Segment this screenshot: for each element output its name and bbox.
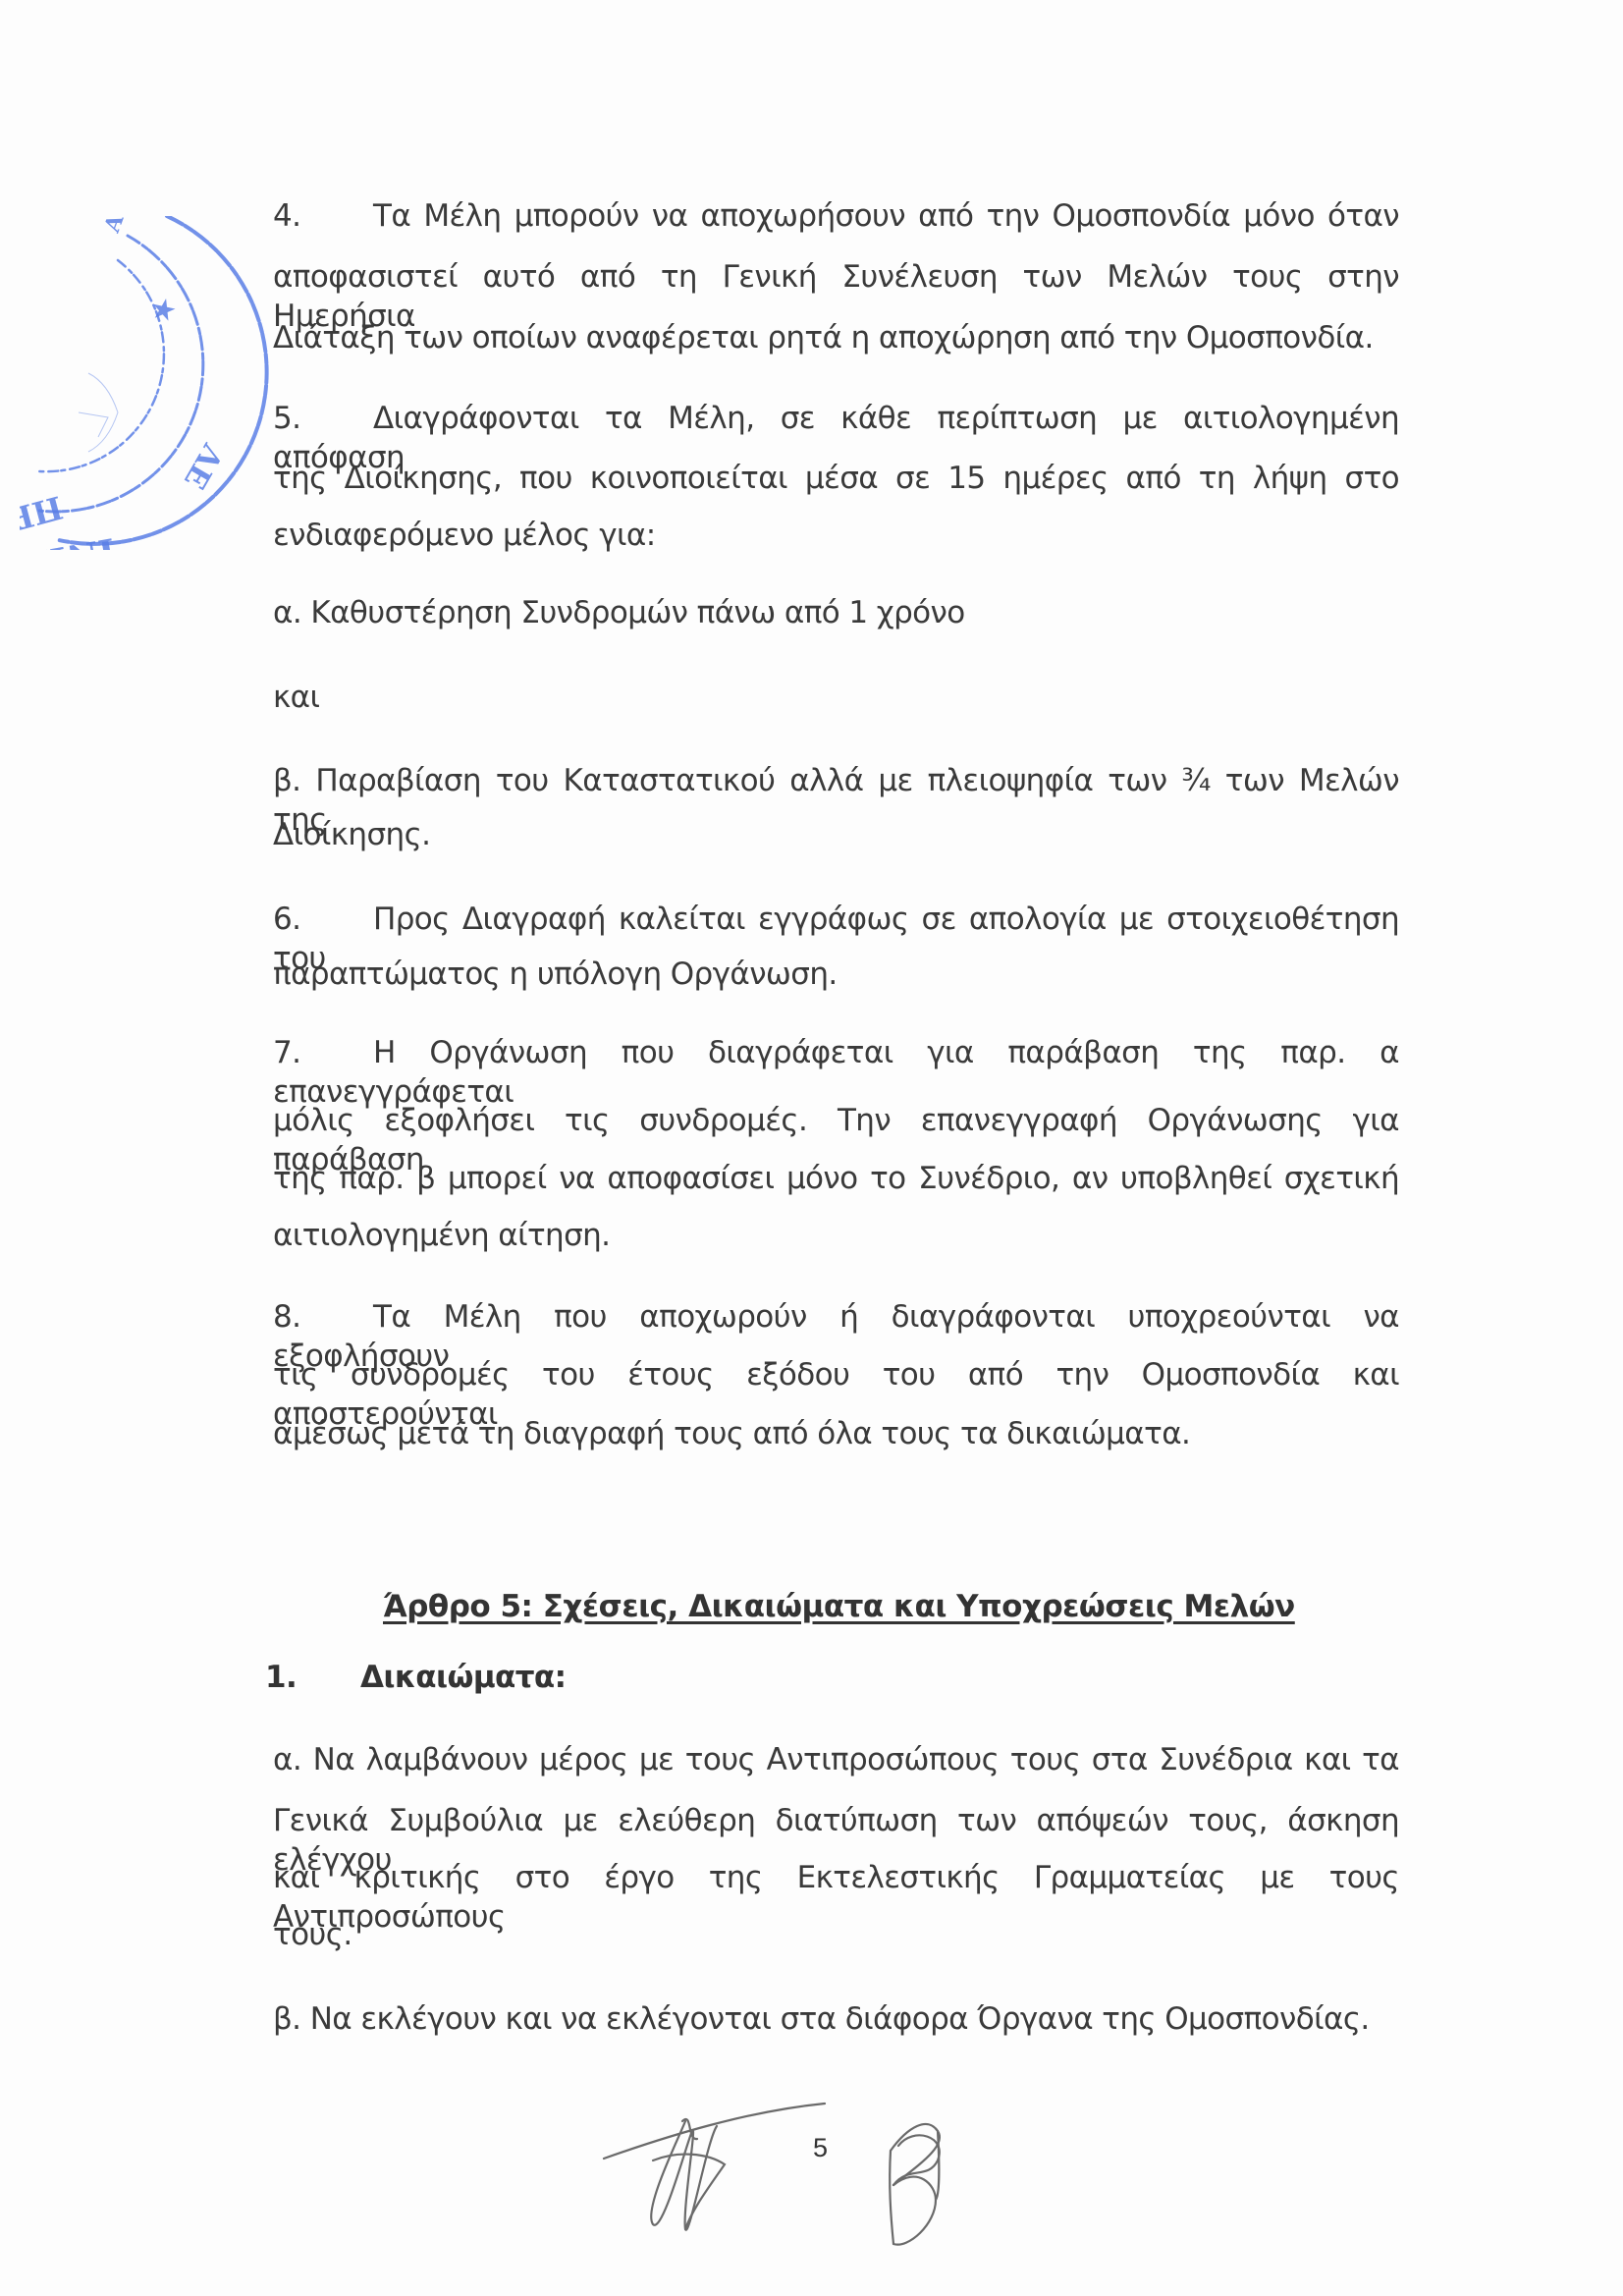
svg-text:Α: Α <box>99 216 130 237</box>
paragraph-number: 7. <box>273 1033 373 1072</box>
paragraph-5-line-3: ενδιαφερόμενο μέλος για: <box>273 516 1399 555</box>
section-1-title: 1.Δικαιώματα: <box>265 1658 1391 1697</box>
paragraph-5-item-a: α. Καθυστέρηση Συνδρομών πάνω από 1 χρόν… <box>273 593 1399 632</box>
signature-right-icon <box>879 2106 957 2254</box>
section-1-item-a-line-4: τους. <box>273 1915 1399 1954</box>
paragraph-7-line-4: αιτιολογημένη αίτηση. <box>273 1216 1399 1255</box>
paragraph-4-line-3: Διάταξη των οποίων αναφέρεται ρητά η απο… <box>273 318 1399 357</box>
text: Τα Μέλη μπορούν να αποχωρήσουν από την Ο… <box>373 198 1399 234</box>
document-page: ★ Α ΠΡΩΤΟ ΙΝΗΛ ΛΕ 4.Τα Μέλη μπορούν να α… <box>0 0 1623 2296</box>
paragraph-5-conjunction: και <box>273 678 1399 717</box>
paragraph-5-line-2: της Διοίκησης, που κοινοποιείται μέσα σε… <box>273 459 1399 498</box>
signature-left-icon <box>599 2082 835 2259</box>
text: Η Οργάνωση που διαγράφεται για παράβαση … <box>273 1035 1399 1110</box>
section-number: 1. <box>265 1658 360 1697</box>
article-5-heading: Άρθρο 5: Σχέσεις, Δικαιώματα και Υποχρεώ… <box>383 1587 1295 1626</box>
paragraph-number: 8. <box>273 1297 373 1337</box>
paragraph-8-line-3: αμέσως μετά τη διαγραφή τους από όλα του… <box>273 1414 1399 1453</box>
paragraph-4-line-1: 4.Τα Μέλη μπορούν να αποχωρήσουν από την… <box>273 196 1399 236</box>
paragraph-7-line-1: 7.Η Οργάνωση που διαγράφεται για παράβασ… <box>273 1033 1399 1112</box>
section-1-item-b: β. Να εκλέγουν και να εκλέγονται στα διά… <box>273 1999 1399 2039</box>
paragraph-number: 5. <box>273 399 373 438</box>
section-title: Δικαιώματα: <box>360 1660 566 1695</box>
page-number: 5 <box>813 2133 828 2163</box>
section-1-item-a-line-1: α. Να λαμβάνουν μέρος με τους Αντιπροσώπ… <box>273 1740 1399 1779</box>
paragraph-number: 4. <box>273 196 373 236</box>
paragraph-6-line-2: παραπτώματος η υπόλογη Οργάνωση. <box>273 955 1399 994</box>
paragraph-5-item-b-line-2: Διοίκησης. <box>273 815 1399 854</box>
official-stamp-icon: ★ Α ΠΡΩΤΟ ΙΝΗΛ ΛΕ <box>20 216 275 550</box>
paragraph-number: 6. <box>273 900 373 939</box>
paragraph-7-line-3: της παρ. β μπορεί να αποφασίσει μόνο το … <box>273 1159 1399 1198</box>
